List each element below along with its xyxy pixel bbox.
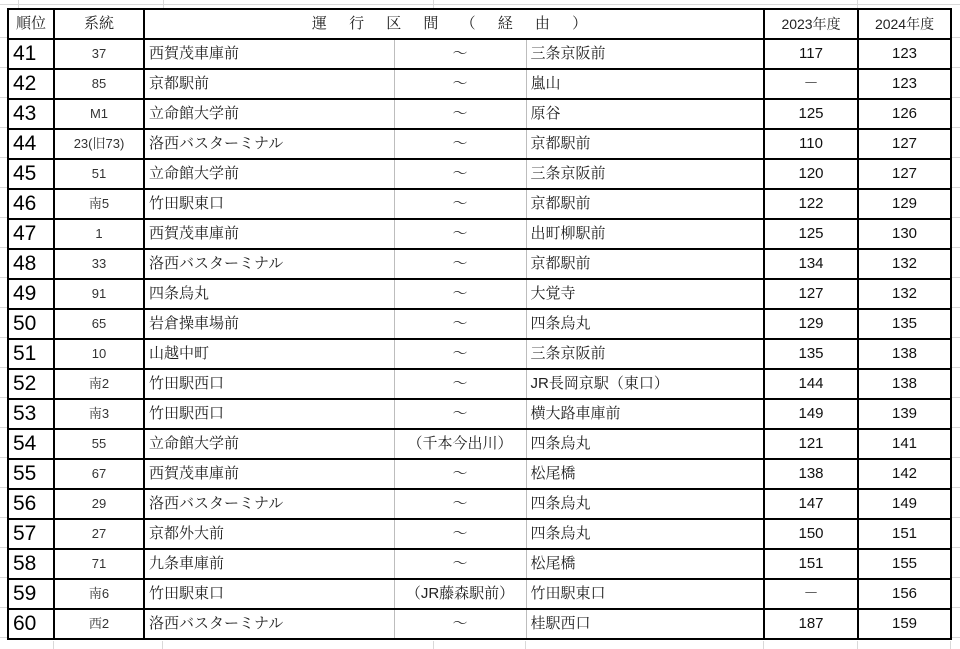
fy2023-value-cell: 151 <box>764 549 858 579</box>
route-number-cell: 南5 <box>54 189 144 219</box>
origin-stop-cell: 竹田駅東口 <box>144 579 394 609</box>
fy2023-value-cell: 117 <box>764 39 858 69</box>
fy2024-value-cell: 159 <box>858 609 951 639</box>
fy2023-value-cell: － <box>764 69 858 99</box>
table-row: 49 91 四条烏丸 ～ 大覚寺 127 132 <box>8 279 951 309</box>
fy2023-value-cell: 134 <box>764 249 858 279</box>
route-number-cell: 23(旧73) <box>54 129 144 159</box>
fy2024-value-cell: 156 <box>858 579 951 609</box>
rank-cell: 47 <box>8 219 54 249</box>
sheet-gridline-bottom-c <box>433 641 434 649</box>
table-row: 48 33 洛西バスターミナル ～ 京都駅前 134 132 <box>8 249 951 279</box>
route-number-cell: 37 <box>54 39 144 69</box>
fy2024-header: 2024年度 <box>858 9 951 39</box>
bus-route-ranking-table: 順位 系統 運 行 区 間 （ 経 由 ） 2023年度 2024年度 41 3… <box>7 8 952 640</box>
origin-stop-cell: 九条車庫前 <box>144 549 394 579</box>
route-number-cell: 91 <box>54 279 144 309</box>
via-cell: ～ <box>394 609 526 639</box>
route-number-cell: 南6 <box>54 579 144 609</box>
rank-cell: 43 <box>8 99 54 129</box>
via-cell: （千本今出川） <box>394 429 526 459</box>
origin-stop-cell: 西賀茂車庫前 <box>144 459 394 489</box>
via-cell: ～ <box>394 99 526 129</box>
fy2024-value-cell: 127 <box>858 129 951 159</box>
table-row: 41 37 西賀茂車庫前 ～ 三条京阪前 117 123 <box>8 39 951 69</box>
destination-stop-cell: 京都駅前 <box>526 189 764 219</box>
rank-cell: 51 <box>8 339 54 369</box>
fy2024-value-cell: 132 <box>858 249 951 279</box>
origin-stop-cell: 竹田駅西口 <box>144 369 394 399</box>
rank-cell: 52 <box>8 369 54 399</box>
sheet-gridline-bottom-e <box>763 641 764 649</box>
rank-cell: 42 <box>8 69 54 99</box>
route-number-cell: M1 <box>54 99 144 129</box>
sheet-gridline-top-c <box>433 0 434 8</box>
rank-cell: 55 <box>8 459 54 489</box>
via-cell: ～ <box>394 489 526 519</box>
route-number-cell: 10 <box>54 339 144 369</box>
sheet-gridline-top-d <box>857 0 858 8</box>
origin-stop-cell: 京都駅前 <box>144 69 394 99</box>
destination-stop-cell: 原谷 <box>526 99 764 129</box>
fy2023-value-cell: 135 <box>764 339 858 369</box>
destination-stop-cell: 竹田駅東口 <box>526 579 764 609</box>
destination-stop-cell: 三条京阪前 <box>526 39 764 69</box>
route-number-cell: 南2 <box>54 369 144 399</box>
via-cell: ～ <box>394 519 526 549</box>
sheet-gridlines-left-margin <box>0 8 7 641</box>
origin-stop-cell: 立命館大学前 <box>144 159 394 189</box>
route-number-cell: 27 <box>54 519 144 549</box>
route-number-cell: 33 <box>54 249 144 279</box>
route-number-cell: 65 <box>54 309 144 339</box>
origin-stop-cell: 岩倉操車場前 <box>144 309 394 339</box>
route-number-cell: 51 <box>54 159 144 189</box>
sheet-gridline-top-b <box>163 0 164 8</box>
destination-stop-cell: 四条烏丸 <box>526 309 764 339</box>
sheet-gridline-top <box>0 4 960 5</box>
fy2023-value-cell: 150 <box>764 519 858 549</box>
rank-cell: 53 <box>8 399 54 429</box>
fy2024-value-cell: 155 <box>858 549 951 579</box>
rank-cell: 45 <box>8 159 54 189</box>
via-cell: ～ <box>394 129 526 159</box>
fy2023-value-cell: 144 <box>764 369 858 399</box>
rank-cell: 44 <box>8 129 54 159</box>
origin-stop-cell: 立命館大学前 <box>144 99 394 129</box>
sheet-gridline-bottom-g <box>950 641 951 649</box>
via-cell: ～ <box>394 39 526 69</box>
fy2024-value-cell: 139 <box>858 399 951 429</box>
table-row: 54 55 立命館大学前 （千本今出川） 四条烏丸 121 141 <box>8 429 951 459</box>
fy2023-value-cell: 121 <box>764 429 858 459</box>
fy2023-value-cell: 122 <box>764 189 858 219</box>
via-cell: ～ <box>394 549 526 579</box>
fy2023-value-cell: 149 <box>764 399 858 429</box>
rank-cell: 50 <box>8 309 54 339</box>
route-header: 系統 <box>54 9 144 39</box>
table-row: 46 南5 竹田駅東口 ～ 京都駅前 122 129 <box>8 189 951 219</box>
fy2023-value-cell: 187 <box>764 609 858 639</box>
rank-cell: 41 <box>8 39 54 69</box>
rank-cell: 59 <box>8 579 54 609</box>
fy2024-value-cell: 132 <box>858 279 951 309</box>
rank-cell: 60 <box>8 609 54 639</box>
fy2023-value-cell: 110 <box>764 129 858 159</box>
origin-stop-cell: 洛西バスターミナル <box>144 129 394 159</box>
via-cell: ～ <box>394 459 526 489</box>
rank-cell: 49 <box>8 279 54 309</box>
destination-stop-cell: 三条京阪前 <box>526 159 764 189</box>
via-cell: ～ <box>394 69 526 99</box>
route-number-cell: 1 <box>54 219 144 249</box>
route-number-cell: 71 <box>54 549 144 579</box>
fy2024-value-cell: 123 <box>858 69 951 99</box>
fy2024-value-cell: 141 <box>858 429 951 459</box>
table-row: 56 29 洛西バスターミナル ～ 四条烏丸 147 149 <box>8 489 951 519</box>
fy2024-value-cell: 127 <box>858 159 951 189</box>
fy2023-value-cell: 125 <box>764 99 858 129</box>
origin-stop-cell: 洛西バスターミナル <box>144 489 394 519</box>
fy2024-value-cell: 149 <box>858 489 951 519</box>
table-row: 55 67 西賀茂車庫前 ～ 松尾橋 138 142 <box>8 459 951 489</box>
fy2024-value-cell: 126 <box>858 99 951 129</box>
via-cell: ～ <box>394 309 526 339</box>
sheet-gridline-bottom-f <box>857 641 858 649</box>
fy2023-header: 2023年度 <box>764 9 858 39</box>
table-row: 58 71 九条車庫前 ～ 松尾橋 151 155 <box>8 549 951 579</box>
rank-cell: 46 <box>8 189 54 219</box>
origin-stop-cell: 四条烏丸 <box>144 279 394 309</box>
destination-stop-cell: 松尾橋 <box>526 459 764 489</box>
fy2023-value-cell: 127 <box>764 279 858 309</box>
destination-stop-cell: 桂駅西口 <box>526 609 764 639</box>
via-cell: ～ <box>394 279 526 309</box>
table-row: 60 西2 洛西バスターミナル ～ 桂駅西口 187 159 <box>8 609 951 639</box>
origin-stop-cell: 京都外大前 <box>144 519 394 549</box>
header-row: 順位 系統 運 行 区 間 （ 経 由 ） 2023年度 2024年度 <box>8 9 951 39</box>
destination-stop-cell: 三条京阪前 <box>526 339 764 369</box>
fy2023-value-cell: 138 <box>764 459 858 489</box>
origin-stop-cell: 西賀茂車庫前 <box>144 39 394 69</box>
fy2023-value-cell: 147 <box>764 489 858 519</box>
origin-stop-cell: 立命館大学前 <box>144 429 394 459</box>
table-row: 42 85 京都駅前 ～ 嵐山 － 123 <box>8 69 951 99</box>
sheet-gridline-bottom-a <box>53 641 54 649</box>
fy2023-value-cell: 129 <box>764 309 858 339</box>
rank-cell: 57 <box>8 519 54 549</box>
via-cell: ～ <box>394 189 526 219</box>
route-number-cell: 67 <box>54 459 144 489</box>
origin-stop-cell: 竹田駅西口 <box>144 399 394 429</box>
route-number-cell: 55 <box>54 429 144 459</box>
origin-stop-cell: 山越中町 <box>144 339 394 369</box>
origin-stop-cell: 竹田駅東口 <box>144 189 394 219</box>
table-row: 45 51 立命館大学前 ～ 三条京阪前 120 127 <box>8 159 951 189</box>
destination-stop-cell: JR長岡京駅（東口） <box>526 369 764 399</box>
fy2023-value-cell: － <box>764 579 858 609</box>
section-header: 運 行 区 間 （ 経 由 ） <box>144 9 764 39</box>
table-row: 52 南2 竹田駅西口 ～ JR長岡京駅（東口） 144 138 <box>8 369 951 399</box>
destination-stop-cell: 大覚寺 <box>526 279 764 309</box>
via-cell: ～ <box>394 399 526 429</box>
fy2023-value-cell: 120 <box>764 159 858 189</box>
via-cell: ～ <box>394 249 526 279</box>
via-cell: ～ <box>394 369 526 399</box>
via-cell: （JR藤森駅前） <box>394 579 526 609</box>
table-row: 57 27 京都外大前 ～ 四条烏丸 150 151 <box>8 519 951 549</box>
table-row: 51 10 山越中町 ～ 三条京阪前 135 138 <box>8 339 951 369</box>
sheet-gridline-top-a <box>18 0 19 8</box>
fy2024-value-cell: 138 <box>858 369 951 399</box>
table-row: 43 M1 立命館大学前 ～ 原谷 125 126 <box>8 99 951 129</box>
via-cell: ～ <box>394 219 526 249</box>
rank-cell: 54 <box>8 429 54 459</box>
rank-header: 順位 <box>8 9 54 39</box>
fy2024-value-cell: 142 <box>858 459 951 489</box>
rank-cell: 56 <box>8 489 54 519</box>
via-cell: ～ <box>394 339 526 369</box>
table-body: 41 37 西賀茂車庫前 ～ 三条京阪前 117 123 42 85 京都駅前 … <box>8 39 951 639</box>
destination-stop-cell: 京都駅前 <box>526 249 764 279</box>
table-row: 59 南6 竹田駅東口 （JR藤森駅前） 竹田駅東口 － 156 <box>8 579 951 609</box>
rank-cell: 58 <box>8 549 54 579</box>
destination-stop-cell: 四条烏丸 <box>526 429 764 459</box>
fy2024-value-cell: 135 <box>858 309 951 339</box>
destination-stop-cell: 出町柳駅前 <box>526 219 764 249</box>
fy2024-value-cell: 123 <box>858 39 951 69</box>
origin-stop-cell: 西賀茂車庫前 <box>144 219 394 249</box>
fy2024-value-cell: 151 <box>858 519 951 549</box>
route-number-cell: 29 <box>54 489 144 519</box>
origin-stop-cell: 洛西バスターミナル <box>144 609 394 639</box>
fy2023-value-cell: 125 <box>764 219 858 249</box>
destination-stop-cell: 四条烏丸 <box>526 519 764 549</box>
destination-stop-cell: 京都駅前 <box>526 129 764 159</box>
table-row: 47 1 西賀茂車庫前 ～ 出町柳駅前 125 130 <box>8 219 951 249</box>
route-number-cell: 南3 <box>54 399 144 429</box>
rank-cell: 48 <box>8 249 54 279</box>
table-row: 53 南3 竹田駅西口 ～ 横大路車庫前 149 139 <box>8 399 951 429</box>
sheet-gridline-bottom-d <box>525 641 526 649</box>
fy2024-value-cell: 138 <box>858 339 951 369</box>
fy2024-value-cell: 130 <box>858 219 951 249</box>
fy2024-value-cell: 129 <box>858 189 951 219</box>
route-number-cell: 西2 <box>54 609 144 639</box>
destination-stop-cell: 四条烏丸 <box>526 489 764 519</box>
via-cell: ～ <box>394 159 526 189</box>
sheet-gridline-bottom-b <box>162 641 163 649</box>
destination-stop-cell: 松尾橋 <box>526 549 764 579</box>
table-row: 50 65 岩倉操車場前 ～ 四条烏丸 129 135 <box>8 309 951 339</box>
table-row: 44 23(旧73) 洛西バスターミナル ～ 京都駅前 110 127 <box>8 129 951 159</box>
destination-stop-cell: 横大路車庫前 <box>526 399 764 429</box>
route-number-cell: 85 <box>54 69 144 99</box>
origin-stop-cell: 洛西バスターミナル <box>144 249 394 279</box>
destination-stop-cell: 嵐山 <box>526 69 764 99</box>
